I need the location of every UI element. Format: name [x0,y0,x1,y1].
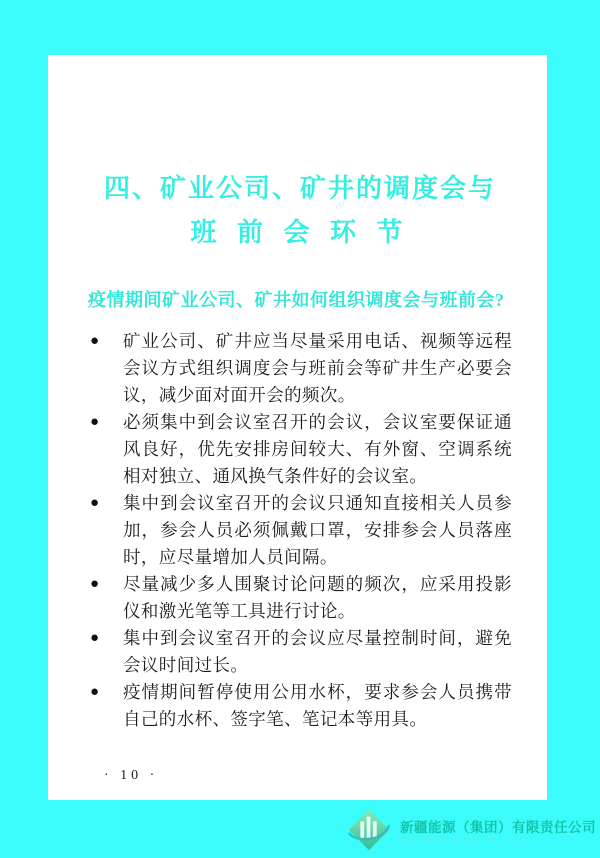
bullet-icon: ● [90,409,99,436]
company-name-en: XINJIANG ENERGY CO.,LTD [400,837,596,844]
list-item: ● 疫情期间暂停使用公用水杯，要求参会人员携带自己的水杯、签字笔、笔记本等用具。 [88,679,512,733]
list-item: ● 集中到会议室召开的会议应尽量控制时间，避免会议时间过长。 [88,625,512,679]
bullet-icon: ● [90,625,99,652]
page-title: 四、矿业公司、矿井的调度会与 班 前 会 环 节 [88,167,512,255]
list-item-text: 集中到会议室召开的会议应尽量控制时间，避免会议时间过长。 [123,628,512,675]
bullet-icon: ● [90,490,99,517]
list-item-text: 集中到会议室召开的会议只通知直接相关人员参加，参会人员必须佩戴口罩，安排参会人员… [123,493,512,567]
company-logo-icon [346,807,392,853]
bullet-icon: ● [90,679,99,706]
list-item: ● 必须集中到会议室召开的会议，会议室要保证通风良好，优先安排房间较大、有外窗、… [88,409,512,490]
question-heading: 疫情期间矿业公司、矿井如何组织调度会与班前会? [88,285,512,315]
company-name-cn: 新疆能源（集团）有限责任公司 [400,816,596,836]
document-page: 四、矿业公司、矿井的调度会与 班 前 会 环 节 疫情期间矿业公司、矿井如何组织… [48,55,547,800]
list-item: ● 矿业公司、矿井应当尽量采用电话、视频等远程会议方式组织调度会与班前会等矿井生… [88,328,512,409]
list-item: ● 集中到会议室召开的会议只通知直接相关人员参加，参会人员必须佩戴口罩，安排参会… [88,490,512,571]
page-title-line2: 班 前 会 环 节 [88,211,512,255]
scan-background: { "document": { "title_line1": "四、矿业公司、矿… [0,0,600,858]
list-item: ● 尽量减少多人围聚讨论问题的频次，应采用投影仪和激光笔等工具进行讨论。 [88,571,512,625]
list-item-text: 矿业公司、矿井应当尽量采用电话、视频等远程会议方式组织调度会与班前会等矿井生产必… [123,331,512,405]
page-number: · 10 · [104,768,158,784]
bullet-list: ● 矿业公司、矿井应当尽量采用电话、视频等远程会议方式组织调度会与班前会等矿井生… [88,328,512,733]
list-item-text: 疫情期间暂停使用公用水杯，要求参会人员携带自己的水杯、签字笔、笔记本等用具。 [123,682,512,729]
page-title-line1: 四、矿业公司、矿井的调度会与 [88,167,512,211]
list-item-text: 尽量减少多人围聚讨论问题的频次，应采用投影仪和激光笔等工具进行讨论。 [123,574,512,621]
bullet-icon: ● [90,571,99,598]
company-watermark: 新疆能源（集团）有限责任公司 XINJIANG ENERGY CO.,LTD [346,807,596,853]
bullet-icon: ● [90,328,99,355]
list-item-text: 必须集中到会议室召开的会议，会议室要保证通风良好，优先安排房间较大、有外窗、空调… [123,412,512,486]
company-name-block: 新疆能源（集团）有限责任公司 XINJIANG ENERGY CO.,LTD [400,816,596,844]
